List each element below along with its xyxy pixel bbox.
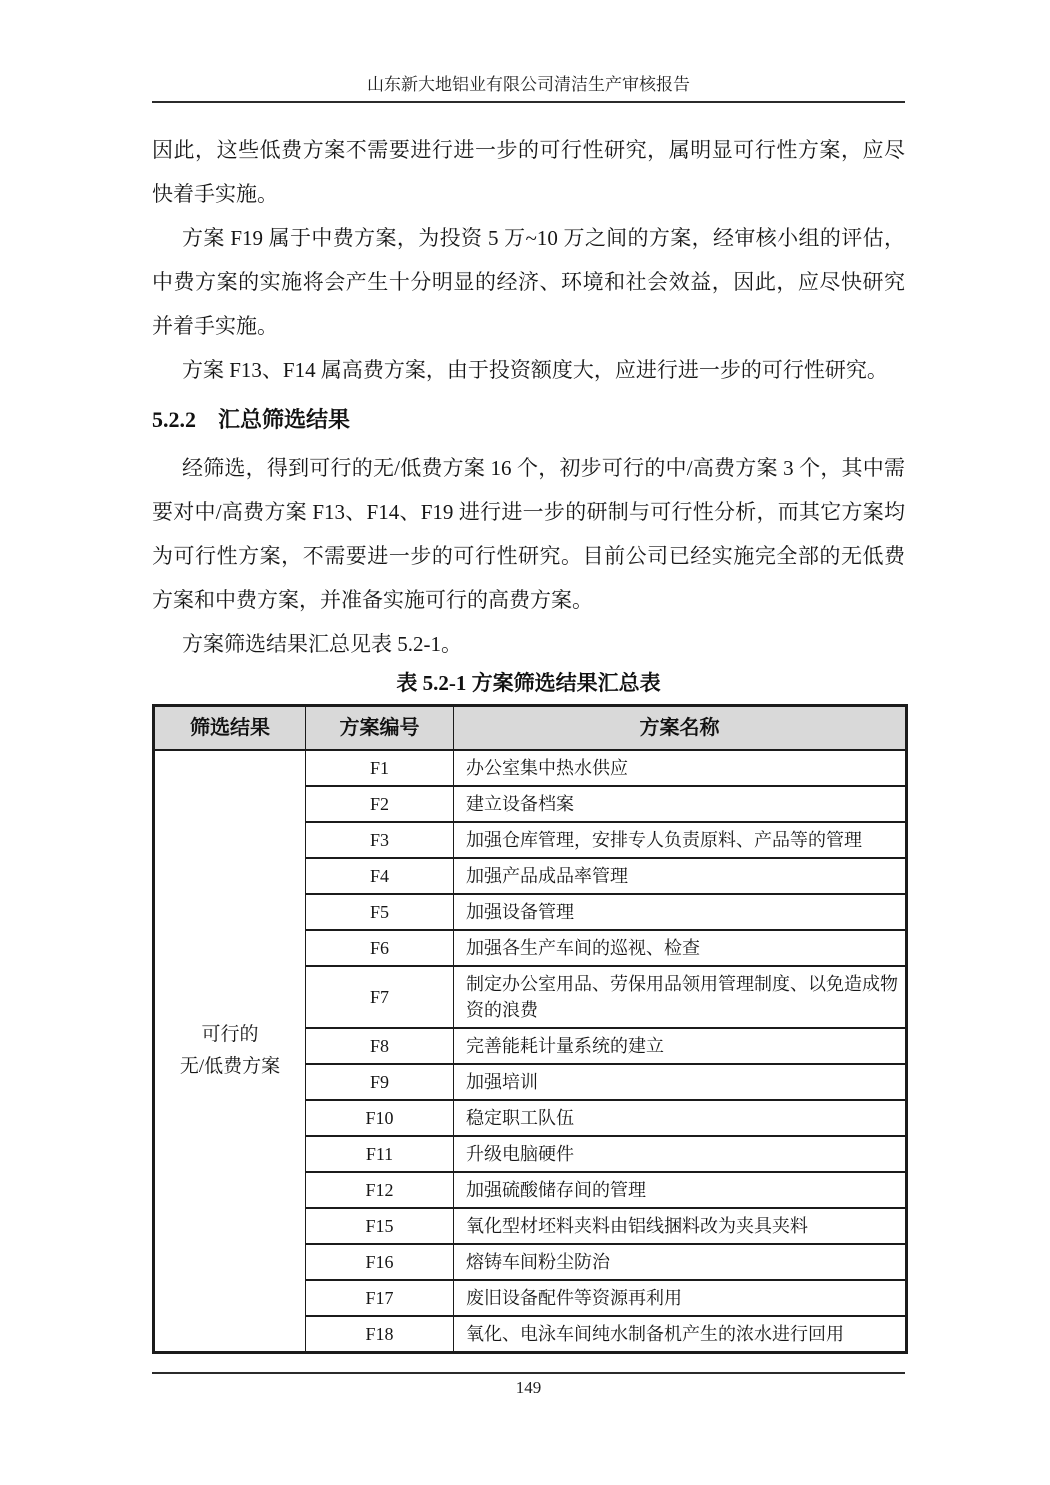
- column-header-scheme-code: 方案编号: [306, 706, 454, 751]
- scheme-code-cell: F16: [306, 1244, 454, 1280]
- scheme-code-cell: F3: [306, 822, 454, 858]
- scheme-code-cell: F12: [306, 1172, 454, 1208]
- scheme-code-cell: F7: [306, 966, 454, 1028]
- scheme-code-cell: F6: [306, 930, 454, 966]
- screening-summary-table: 筛选结果 方案编号 方案名称 可行的 无/低费方案 F1 办公室集中热水供应 F…: [152, 704, 908, 1354]
- scheme-name-cell: 稳定职工队伍: [454, 1100, 907, 1136]
- scheme-name-cell: 加强产品成品率管理: [454, 858, 907, 894]
- scheme-code-cell: F17: [306, 1280, 454, 1316]
- scheme-code-cell: F4: [306, 858, 454, 894]
- scheme-name-cell: 氧化、电泳车间纯水制备机产生的浓水进行回用: [454, 1316, 907, 1353]
- scheme-name-cell: 升级电脑硬件: [454, 1136, 907, 1172]
- scheme-code-cell: F1: [306, 750, 454, 786]
- scheme-code-cell: F8: [306, 1028, 454, 1064]
- scheme-name-cell: 加强设备管理: [454, 894, 907, 930]
- scheme-name-cell: 加强培训: [454, 1064, 907, 1100]
- scheme-code-cell: F5: [306, 894, 454, 930]
- scheme-code-cell: F10: [306, 1100, 454, 1136]
- group-label-line: 可行的: [155, 1019, 305, 1051]
- scheme-code-cell: F9: [306, 1064, 454, 1100]
- scheme-code-cell: F15: [306, 1208, 454, 1244]
- column-header-screening-result: 筛选结果: [154, 706, 306, 751]
- scheme-name-cell: 办公室集中热水供应: [454, 750, 907, 786]
- page-number: 149: [152, 1377, 905, 1399]
- group-label-line: 无/低费方案: [155, 1051, 305, 1083]
- page-header: 山东新大地铝业有限公司清洁生产审核报告: [152, 74, 905, 103]
- page-footer: 149: [152, 1372, 905, 1399]
- scheme-name-cell: 加强仓库管理，安排专人负责原料、产品等的管理: [454, 822, 907, 858]
- body-paragraph: 方案 F19 属于中费方案，为投资 5 万~10 万之间的方案，经审核小组的评估…: [152, 216, 905, 348]
- screening-result-group-cell: 可行的 无/低费方案: [154, 750, 306, 1353]
- footer-rule: [152, 1372, 905, 1374]
- column-header-scheme-name: 方案名称: [454, 706, 907, 751]
- table-title: 表 5.2-1 方案筛选结果汇总表: [152, 668, 905, 698]
- scheme-name-cell: 加强各生产车间的巡视、检查: [454, 930, 907, 966]
- body-paragraph: 方案 F13、F14 属高费方案，由于投资额度大，应进行进一步的可行性研究。: [152, 348, 905, 392]
- scheme-name-cell: 完善能耗计量系统的建立: [454, 1028, 907, 1064]
- body-paragraph: 经筛选，得到可行的无/低费方案 16 个，初步可行的中/高费方案 3 个，其中需…: [152, 446, 905, 622]
- page-content: 因此，这些低费方案不需要进行进一步的可行性研究，属明显可行性方案，应尽快着手实施…: [152, 128, 905, 1354]
- scheme-name-cell: 废旧设备配件等资源再利用: [454, 1280, 907, 1316]
- scheme-name-cell: 氧化型材坯料夹料由铝线捆料改为夹具夹料: [454, 1208, 907, 1244]
- scheme-code-cell: F2: [306, 786, 454, 822]
- body-paragraph: 方案筛选结果汇总见表 5.2-1。: [152, 622, 905, 666]
- body-paragraph: 因此，这些低费方案不需要进行进一步的可行性研究，属明显可行性方案，应尽快着手实施…: [152, 128, 905, 216]
- scheme-code-cell: F11: [306, 1136, 454, 1172]
- report-page: 山东新大地铝业有限公司清洁生产审核报告 因此，这些低费方案不需要进行进一步的可行…: [0, 0, 1050, 1485]
- table-header-row: 筛选结果 方案编号 方案名称: [154, 706, 907, 751]
- scheme-name-cell: 建立设备档案: [454, 786, 907, 822]
- scheme-name-cell: 制定办公室用品、劳保用品领用管理制度、以免造成物资的浪费: [454, 966, 907, 1028]
- section-heading: 5.2.2 汇总筛选结果: [152, 404, 905, 436]
- table-row: 可行的 无/低费方案 F1 办公室集中热水供应: [154, 750, 907, 786]
- scheme-name-cell: 熔铸车间粉尘防治: [454, 1244, 907, 1280]
- header-rule: [152, 101, 905, 103]
- scheme-name-cell: 加强硫酸储存间的管理: [454, 1172, 907, 1208]
- page-header-title: 山东新大地铝业有限公司清洁生产审核报告: [152, 74, 905, 96]
- scheme-code-cell: F18: [306, 1316, 454, 1353]
